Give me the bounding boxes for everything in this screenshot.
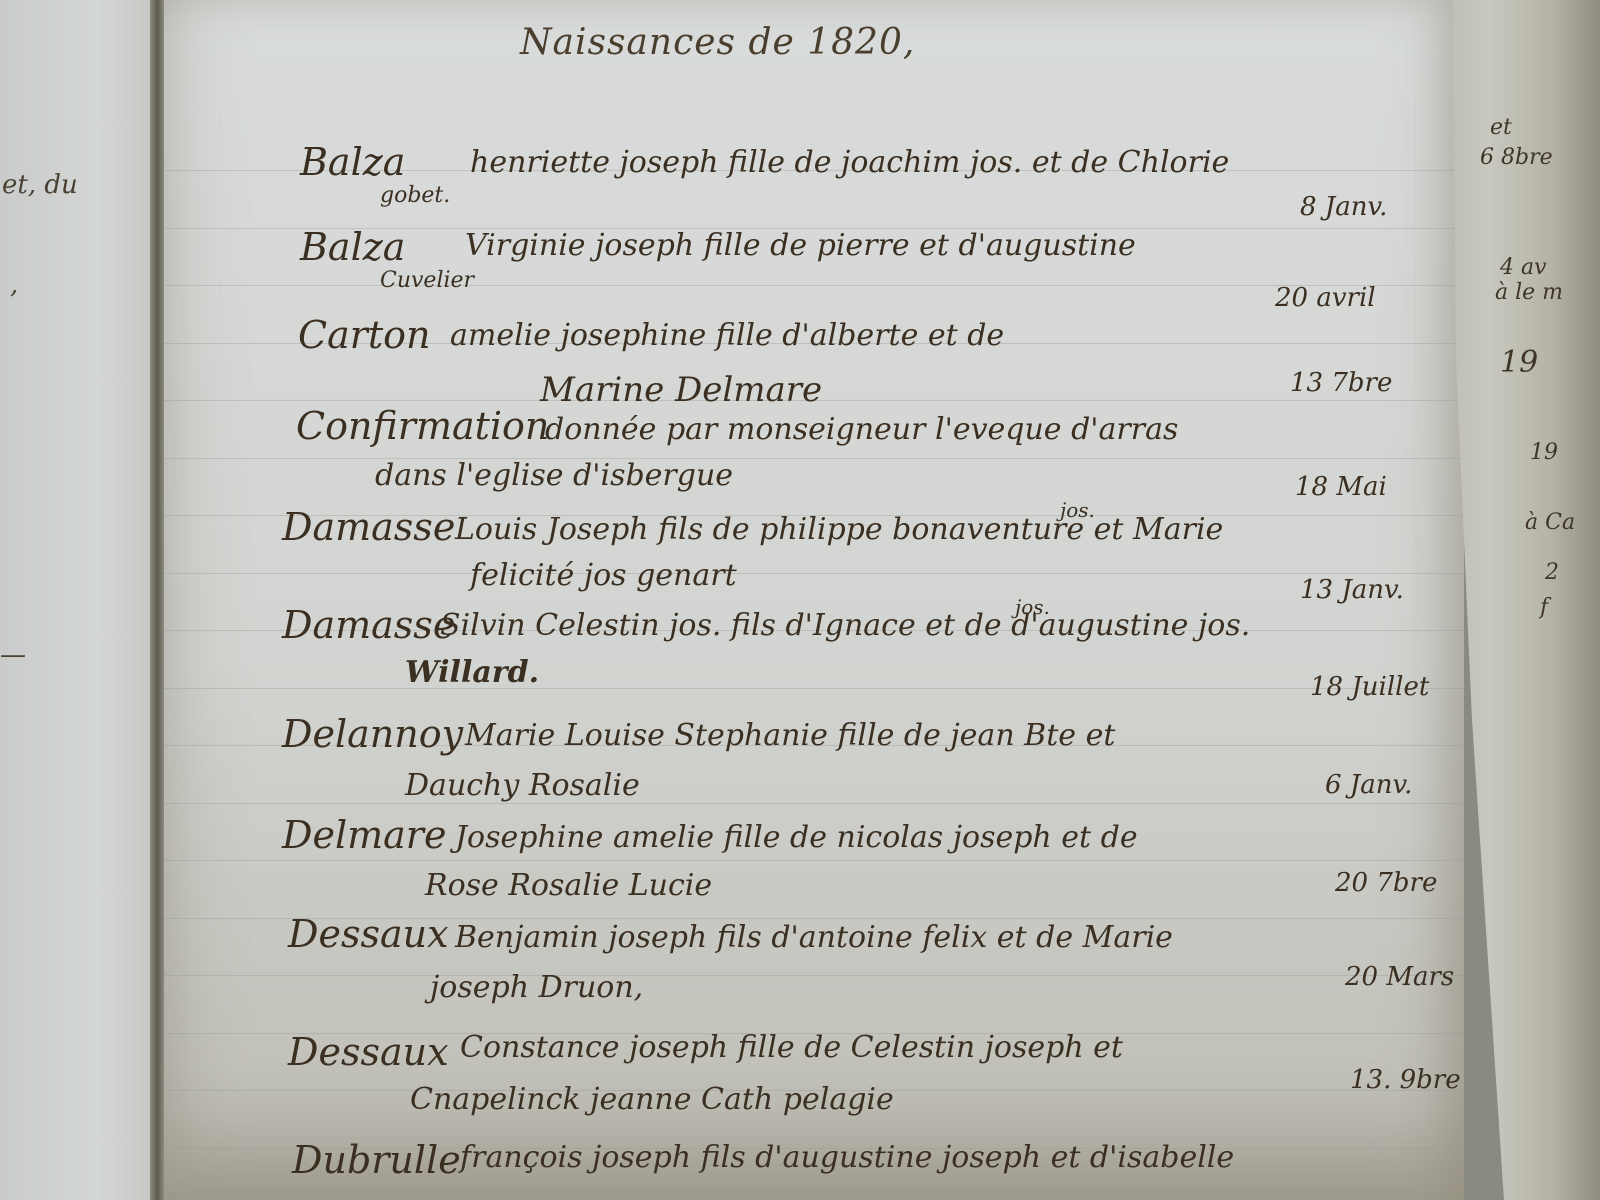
entry-text-continued: Dauchy Rosalie <box>405 768 640 803</box>
entry-text: Louis Joseph fils de philippe bonaventur… <box>455 512 1223 547</box>
folded-page-edge: et 6 8bre 4 av à le m 19 19 à Ca 2 f <box>1440 0 1600 1200</box>
entry-date: 13 Janv. <box>1300 575 1404 605</box>
entry-surname: Damasse <box>282 505 455 549</box>
entry-surname: Balza <box>300 140 405 184</box>
entry-text-continued: Rose Rosalie Lucie <box>425 868 712 903</box>
entry-text-continued: Marine Delmare <box>540 370 822 410</box>
entry-surname: Balza <box>300 225 405 269</box>
entry-text-continued: gobet. <box>380 183 450 208</box>
entry-text: Silvin Celestin jos. fils d'Ignace et de… <box>440 608 1250 643</box>
entry-date: 18 Juillet <box>1310 672 1429 702</box>
entry-text: françois joseph fils d'augustine joseph … <box>460 1140 1234 1175</box>
entry-date: 6 Janv. <box>1325 770 1412 800</box>
entry-date: 13 7bre <box>1290 368 1392 398</box>
margin-fragment: 19 <box>1500 345 1538 380</box>
entry-date: 20 Mars <box>1345 962 1454 992</box>
entry-date: 20 7bre <box>1335 868 1437 898</box>
entry-text-continued: felicité jos genart <box>470 558 737 593</box>
entry-surname: Dubrulle <box>292 1138 461 1182</box>
entry-surname: Carton <box>298 313 431 357</box>
margin-fragment: et, du <box>2 170 78 200</box>
entry-text-continued: Cnapelinck jeanne Cath pelagie <box>410 1082 894 1117</box>
margin-fragment: 4 av <box>1500 255 1547 280</box>
entry-text-continued: dans l'eglise d'isbergue <box>375 458 733 493</box>
margin-fragment: 2 <box>1545 560 1559 585</box>
margin-fragment: et <box>1490 115 1512 140</box>
entry-text-continued: joseph Druon, <box>430 970 643 1005</box>
entry-text: henriette joseph fille de joachim jos. e… <box>470 145 1229 180</box>
entry-date: 8 Janv. <box>1300 192 1387 222</box>
margin-fragment: à le m <box>1495 280 1563 305</box>
entry-text: Constance joseph fille de Celestin josep… <box>460 1030 1123 1065</box>
entry-surname: Delmare <box>282 813 446 857</box>
entry-date: 13. 9bre <box>1350 1065 1461 1095</box>
entry-text-continued: Willard. <box>405 655 539 690</box>
margin-fragment: — <box>0 640 26 670</box>
margin-fragment: , <box>10 270 18 300</box>
margin-fragment: f <box>1540 595 1548 620</box>
entry-surname: Dessaux <box>288 912 449 956</box>
entry-text: donnée par monseigneur l'eveque d'arras <box>545 412 1178 447</box>
entry-surname: Damasse <box>282 603 455 647</box>
entry-surname: Dessaux <box>288 1030 449 1074</box>
entry-date: 20 avril <box>1275 283 1376 313</box>
entry-text: Benjamin joseph fils d'antoine felix et … <box>455 920 1173 955</box>
entry-text: Virginie joseph fille de pierre et d'aug… <box>465 228 1136 263</box>
register-title: Naissances de 1820, <box>520 22 915 63</box>
entry-text: amelie josephine fille d'alberte et de <box>450 318 1004 353</box>
entry-date: 18 Mai <box>1295 472 1387 502</box>
margin-fragment: 6 8bre <box>1480 145 1553 170</box>
margin-fragment: 19 <box>1530 440 1558 465</box>
entry-text-continued: Cuvelier <box>380 268 474 293</box>
entry-surname: Delannoy <box>282 712 463 756</box>
entry-text: Josephine amelie fille de nicolas joseph… <box>455 820 1138 855</box>
entry-text: Marie Louise Stephanie fille de jean Bte… <box>465 718 1115 753</box>
margin-fragment: à Ca <box>1525 510 1575 535</box>
entry-surname: Confirmation <box>296 404 549 448</box>
previous-page: et, du , — <box>0 0 160 1200</box>
